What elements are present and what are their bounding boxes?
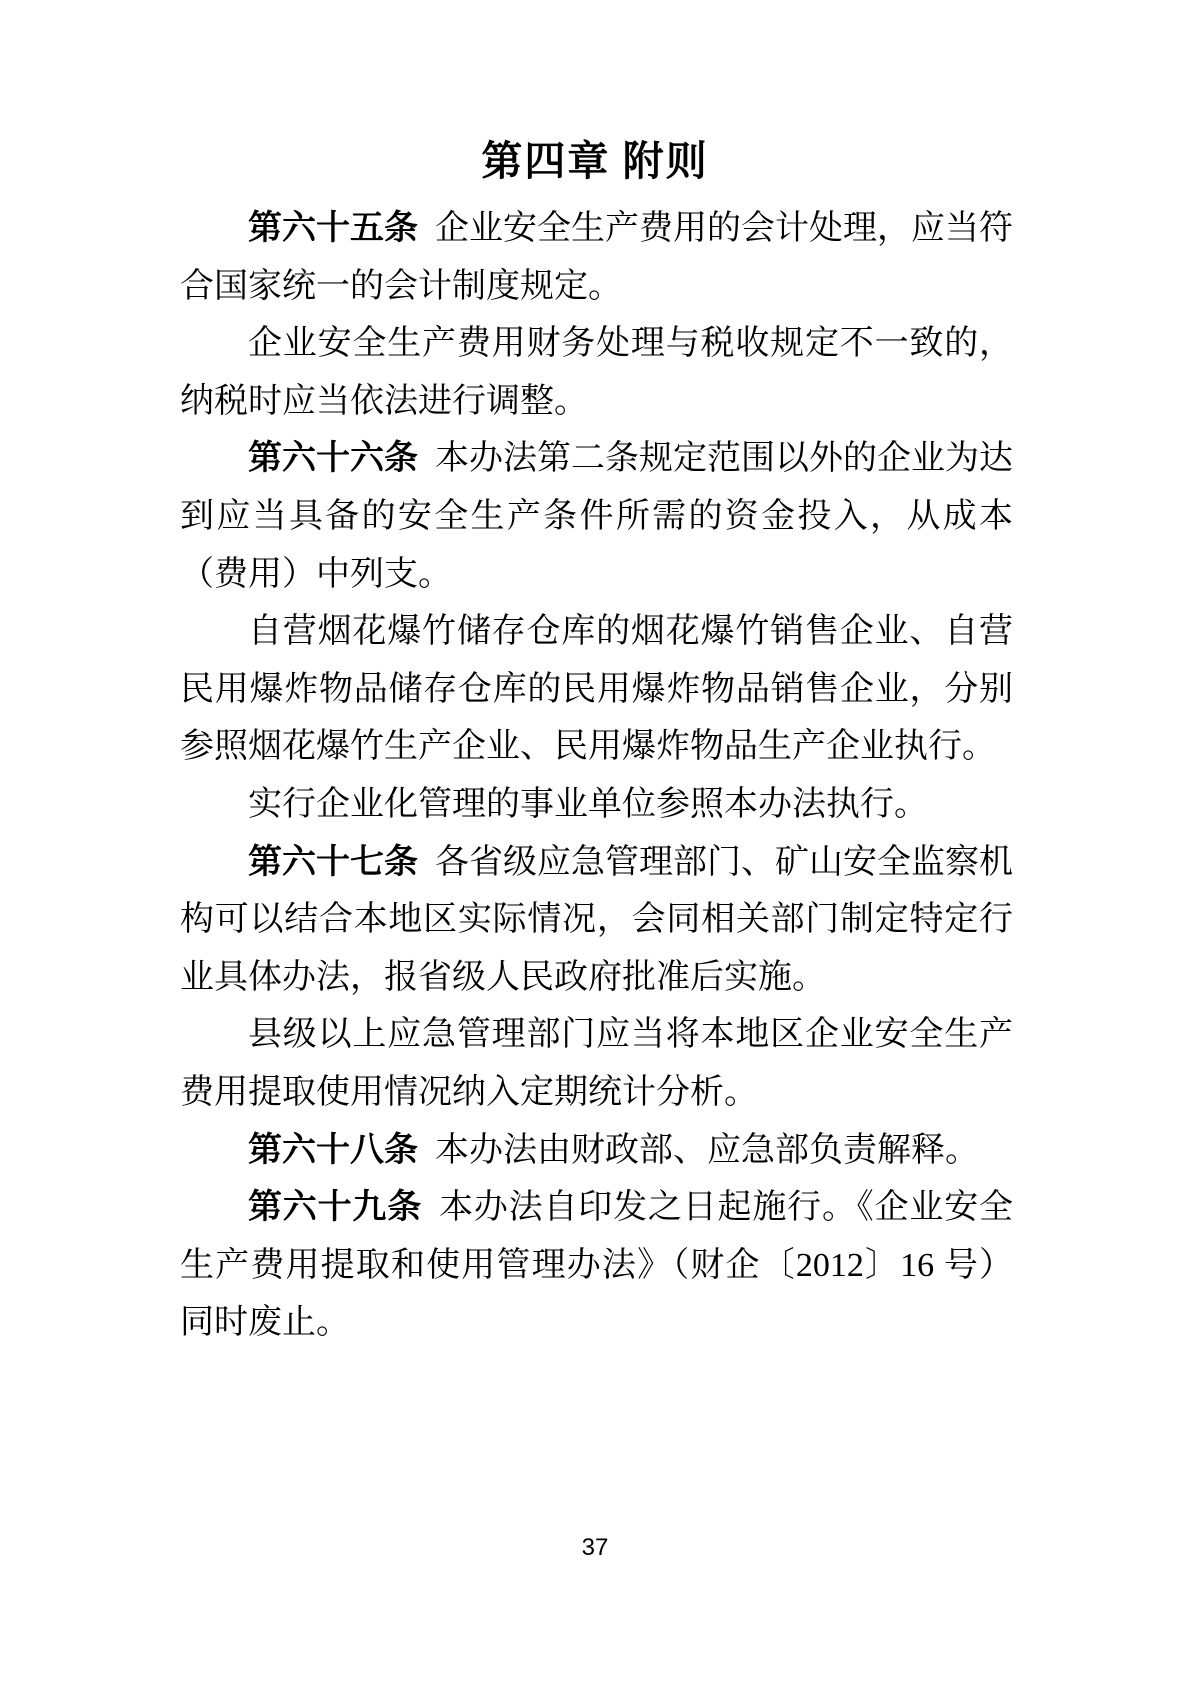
- paragraph-text: 实行企业化管理的事业单位参照本办法执行。: [248, 786, 928, 823]
- article-number: 第六十八条: [248, 1132, 418, 1169]
- paragraph: 企业安全生产费用财务处理与税收规定不一致的，纳税时应当依法进行调整。: [180, 315, 1013, 430]
- paragraph-article-69: 第六十九条本办法自印发之日起施行。《企业安全生产费用提取和使用管理办法》（财企〔…: [180, 1179, 1013, 1352]
- paragraph-article-68: 第六十八条本办法由财政部、应急部负责解释。: [180, 1122, 1013, 1180]
- document-page: 第四章 附则 第六十五条企业安全生产费用的会计处理，应当符合国家统一的会计制度规…: [0, 0, 1190, 1683]
- article-number: 第六十六条: [248, 440, 418, 477]
- article-number: 第六十九条: [248, 1189, 422, 1226]
- paragraph-article-65: 第六十五条企业安全生产费用的会计处理，应当符合国家统一的会计制度规定。: [180, 200, 1013, 315]
- paragraph: 实行企业化管理的事业单位参照本办法执行。: [180, 776, 1013, 834]
- paragraph-text: 企业安全生产费用财务处理与税收规定不一致的，纳税时应当依法进行调整。: [180, 325, 1013, 420]
- paragraph-text: 自营烟花爆竹储存仓库的烟花爆竹销售企业、自营民用爆炸物品储存仓库的民用爆炸物品销…: [180, 613, 1013, 765]
- document-body: 第六十五条企业安全生产费用的会计处理，应当符合国家统一的会计制度规定。 企业安全…: [180, 200, 1013, 1352]
- paragraph-text: 本办法由财政部、应急部负责解释。: [435, 1132, 979, 1169]
- paragraph: 县级以上应急管理部门应当将本地区企业安全生产费用提取使用情况纳入定期统计分析。: [180, 1006, 1013, 1121]
- paragraph-article-66: 第六十六条本办法第二条规定范围以外的企业为达到应当具备的安全生产条件所需的资金投…: [180, 430, 1013, 603]
- page-footer: 37: [0, 1534, 1190, 1562]
- chapter-title: 第四章 附则: [0, 136, 1190, 186]
- paragraph-text: 县级以上应急管理部门应当将本地区企业安全生产费用提取使用情况纳入定期统计分析。: [180, 1016, 1013, 1111]
- article-number: 第六十五条: [248, 210, 418, 247]
- article-number: 第六十七条: [248, 844, 418, 881]
- paragraph: 自营烟花爆竹储存仓库的烟花爆竹销售企业、自营民用爆炸物品储存仓库的民用爆炸物品销…: [180, 603, 1013, 776]
- page-number: 37: [582, 1534, 609, 1561]
- paragraph-article-67: 第六十七条各省级应急管理部门、矿山安全监察机构可以结合本地区实际情况，会同相关部…: [180, 834, 1013, 1007]
